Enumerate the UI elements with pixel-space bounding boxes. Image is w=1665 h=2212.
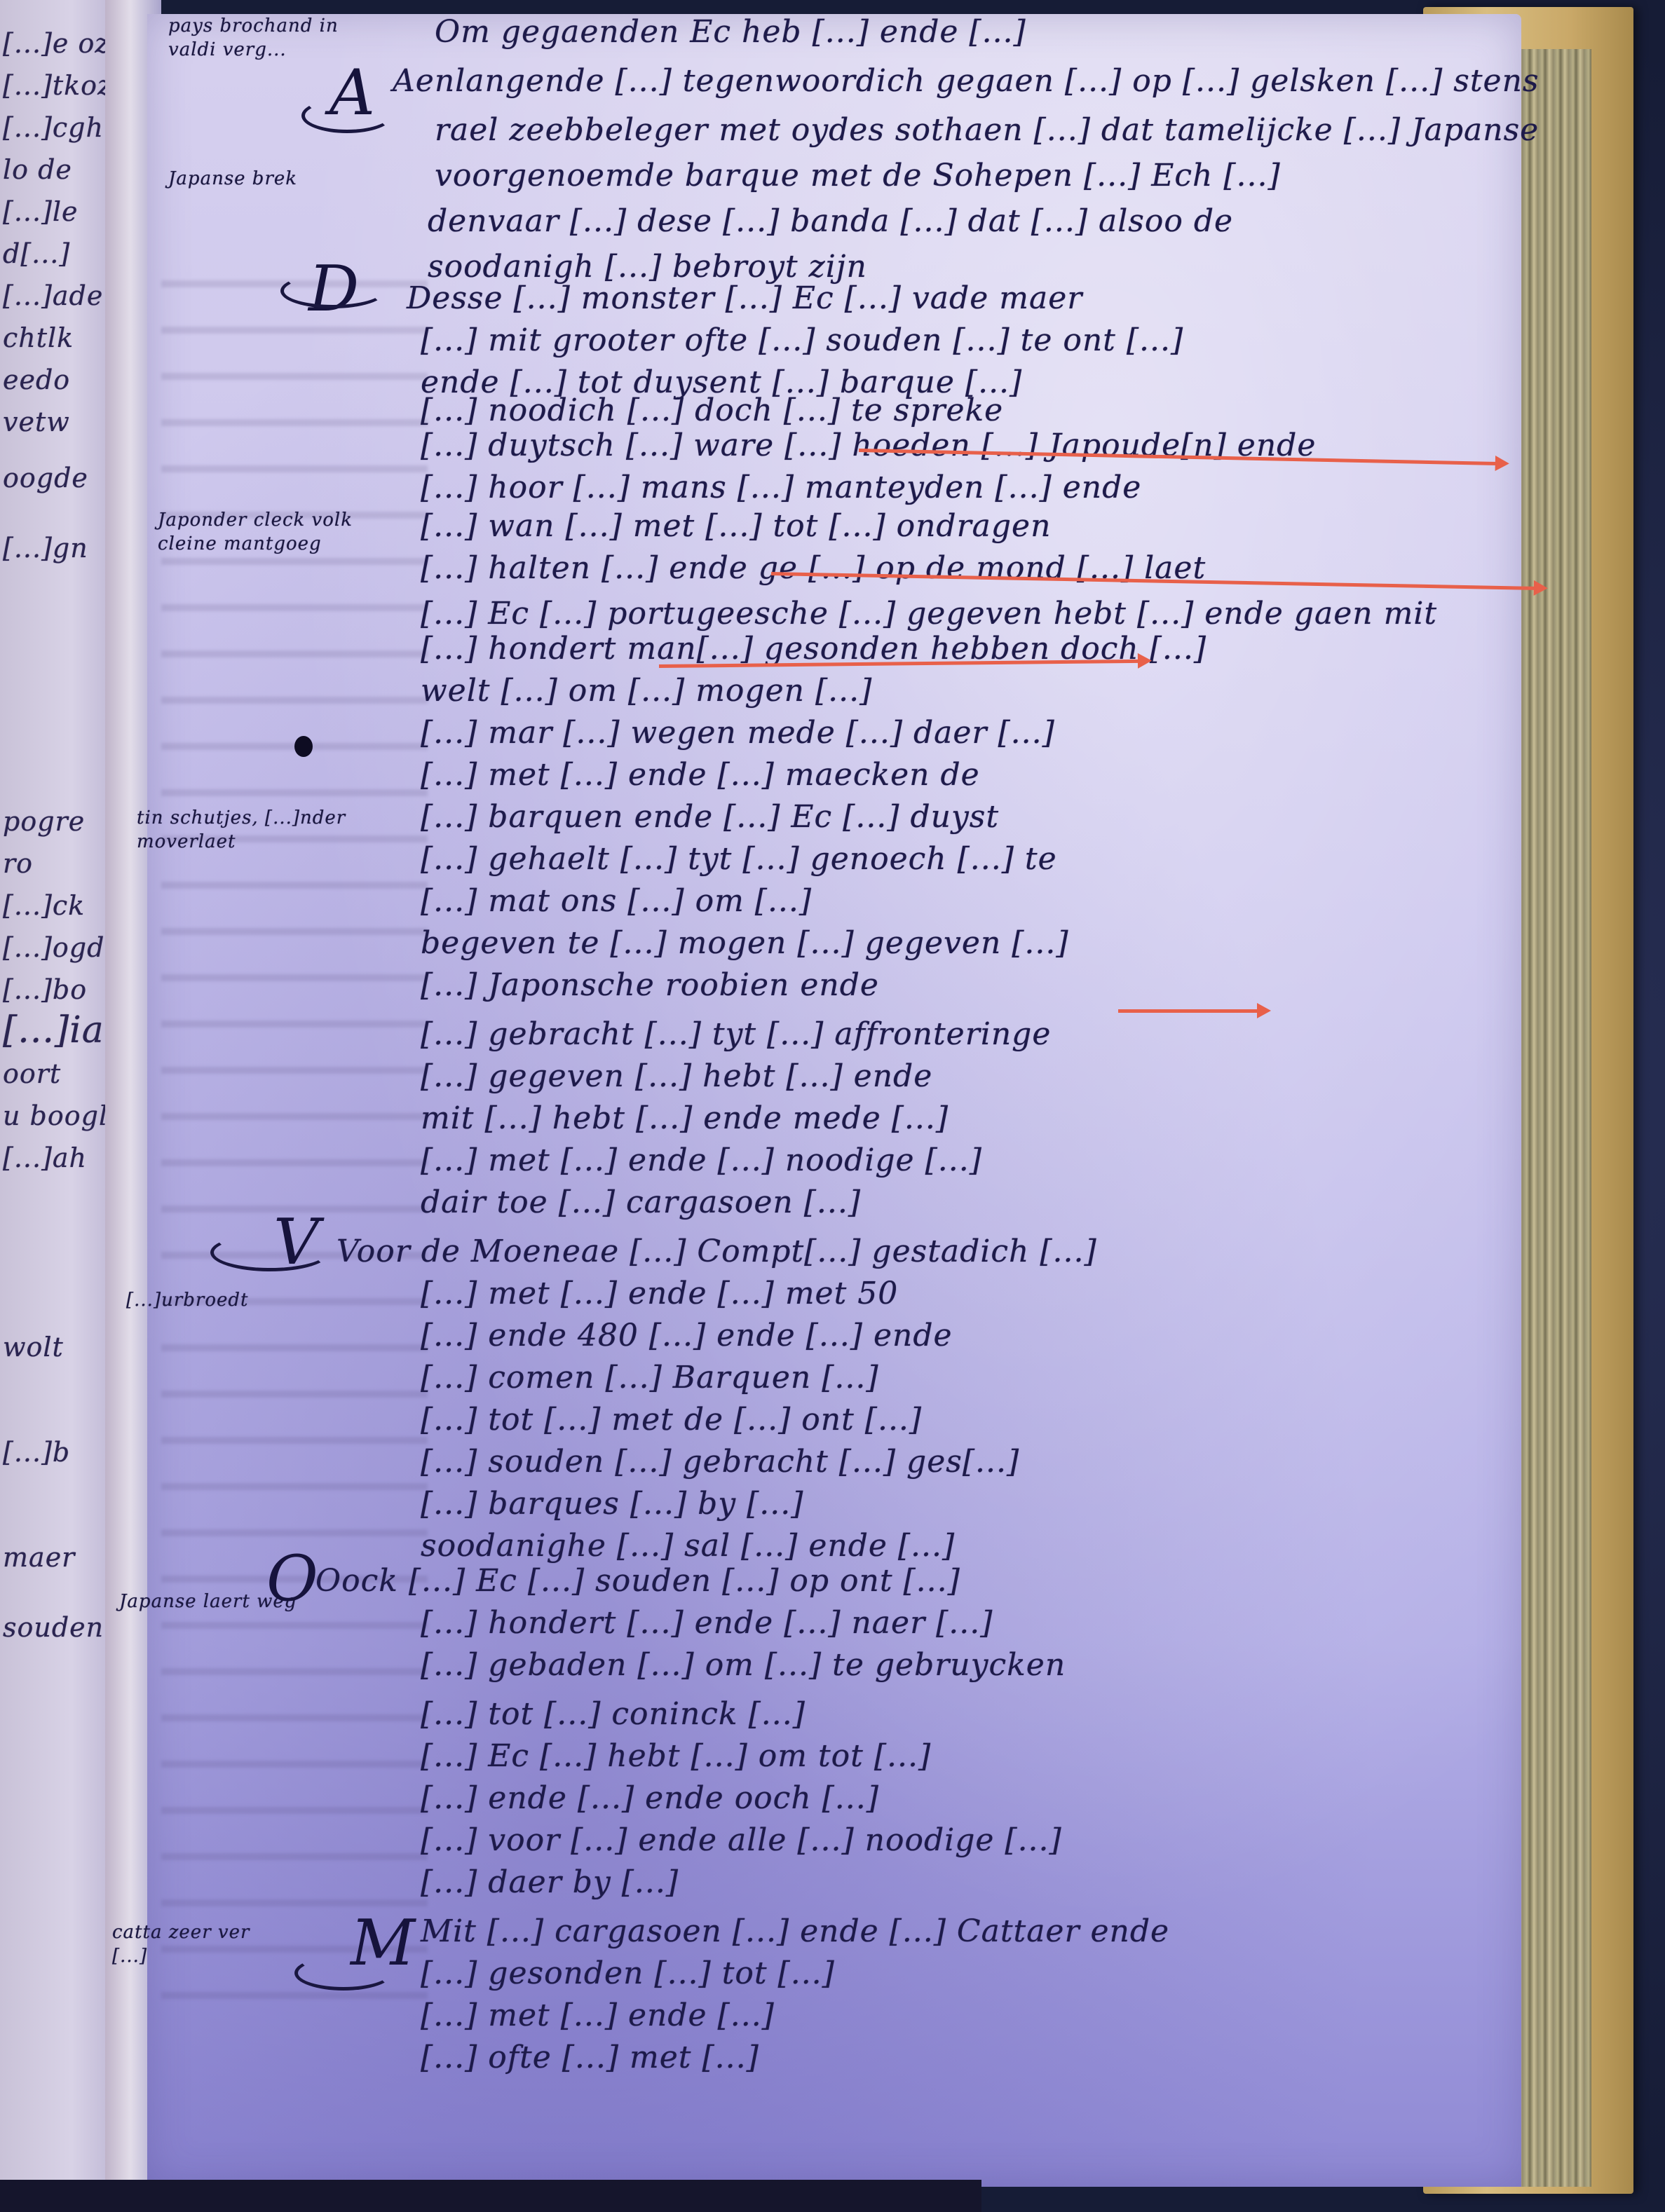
left-page-fragment: wolt xyxy=(3,1332,64,1363)
manuscript-line: [...] mit grooter ofte [...] souden [...… xyxy=(421,322,1183,358)
decorative-capital: O xyxy=(266,1542,318,1616)
left-page-fragment: souden xyxy=(3,1612,104,1643)
left-facing-page: [...]e ozd [...]tkozg [...]cgh lo de [..… xyxy=(0,0,119,2187)
manuscript-line: rael zeebbeleger met oydes sothaen [...]… xyxy=(435,112,1539,148)
left-page-fragment: [...]bo xyxy=(3,974,87,1005)
manuscript-line: [...] ofte [...] met [...] xyxy=(421,2040,759,2075)
manuscript-line: [...] souden [...] gebracht [...] ges[..… xyxy=(421,1444,1019,1480)
manuscript-line: soodanighe [...] sal [...] ende [...] xyxy=(421,1528,955,1564)
manuscript-line: [...] met [...] ende [...] met 50 xyxy=(421,1276,898,1311)
manuscript-line: Oock [...] Ec [...] souden [...] op ont … xyxy=(315,1563,960,1599)
manuscript-line: begeven te [...] mogen [...] gegeven [..… xyxy=(421,925,1069,961)
left-page-fragment: maer xyxy=(3,1542,75,1573)
manuscript-line: mit [...] hebt [...] ende mede [...] xyxy=(421,1100,949,1136)
manuscript-line: [...] comen [...] Barquen [...] xyxy=(421,1360,879,1395)
manuscript-line: [...] barquen ende [...] Ec [...] duyst xyxy=(421,799,999,835)
manuscript-line: [...] gebaden [...] om [...] te gebruyck… xyxy=(421,1647,1066,1683)
left-page-fragment: [...]le xyxy=(3,196,79,227)
red-arrow-annotation xyxy=(1118,1009,1258,1013)
left-page-fragment: [...]gn xyxy=(3,533,88,564)
manuscript-line: welt [...] om [...] mogen [...] xyxy=(421,673,872,709)
margin-note: catta zeer ver [...] xyxy=(112,1920,266,1968)
margin-note: [...]urbroedt xyxy=(126,1290,248,1311)
flourish xyxy=(301,98,393,133)
left-page-fragment: [...]ade xyxy=(3,280,103,311)
manuscript-line: soodanigh [...] bebroyt zijn xyxy=(428,249,867,285)
ink-blot xyxy=(294,736,313,757)
manuscript-line: Desse [...] monster [...] Ec [...] vade … xyxy=(407,280,1082,316)
left-page-fragment: lo de xyxy=(3,154,72,185)
manuscript-line: [...] met [...] ende [...] noodige [...] xyxy=(421,1142,982,1178)
manuscript-line: Voor de Moeneae [...] Compt[...] gestadi… xyxy=(337,1234,1097,1269)
flourish xyxy=(280,273,386,308)
manuscript-line: [...] daer by [...] xyxy=(421,1864,679,1900)
manuscript-line: [...] wan [...] met [...] tot [...] ondr… xyxy=(421,508,1051,544)
left-page-fragment: eedo xyxy=(3,364,70,395)
manuscript-line: [...] noodich [...] doch [...] te spreke xyxy=(421,392,1003,428)
flourish xyxy=(210,1234,329,1271)
manuscript-line: voorgenoemde barque met de Sohepen [...]… xyxy=(435,158,1281,193)
left-page-fragment: pogre xyxy=(3,806,85,837)
manuscript-line: [...] barques [...] by [...] xyxy=(421,1486,803,1522)
margin-note: pays brochand in valdi verg... xyxy=(168,14,365,62)
left-page-fragment: u boogl xyxy=(3,1100,108,1131)
manuscript-line: [...] hondert [...] ende [...] naer [...… xyxy=(421,1605,993,1641)
manuscript-line: [...] ende 480 [...] ende [...] ende xyxy=(421,1318,953,1353)
manuscript-line: [...] hoor [...] mans [...] manteyden [.… xyxy=(421,470,1141,505)
manuscript-line: [...] tot [...] met de [...] ont [...] xyxy=(421,1402,922,1438)
manuscript-line: Aenlangende [...] tegenwoordich gegaen [… xyxy=(393,63,1540,99)
manuscript-line: [...] met [...] ende [...] maecken de xyxy=(421,757,980,793)
manuscript-line: [...] Japonsche roobien ende xyxy=(421,967,879,1003)
left-page-fragment: [...]ck xyxy=(3,890,85,921)
margin-note: tin schutjes, [...]nder moverlaet xyxy=(137,806,347,854)
left-page-fragment: ro xyxy=(3,848,33,879)
manuscript-line: [...] gegeven [...] hebt [...] ende xyxy=(421,1058,932,1094)
left-page-fragment: vetw xyxy=(3,407,70,437)
manuscript-line: [...] Ec [...] hebt [...] om tot [...] xyxy=(421,1738,931,1774)
left-page-fragment: [...]ia xyxy=(3,1009,104,1051)
left-page-fragment: [...]cgh xyxy=(3,112,104,143)
manuscript-line: [...] ende [...] ende ooch [...] xyxy=(421,1780,879,1816)
manuscript-line: dair toe [...] cargasoen [...] xyxy=(421,1184,861,1220)
bottom-shadow xyxy=(0,2180,981,2212)
manuscript-line: [...] gebracht [...] tyt [...] affronter… xyxy=(421,1016,1051,1052)
manuscript-line: [...] met [...] ende [...] xyxy=(421,1998,775,2033)
left-page-fragment: [...]ogd xyxy=(3,932,104,963)
manuscript-line: Om gegaenden Ec heb [...] ende [...] xyxy=(435,14,1026,50)
manuscript-line: [...] gehaelt [...] tyt [...] genoech [.… xyxy=(421,841,1057,877)
left-page-fragment: d[...] xyxy=(3,238,70,269)
margin-note: Japanse brek xyxy=(168,168,297,189)
manuscript-line: Mit [...] cargasoen [...] ende [...] Cat… xyxy=(421,1913,1169,1949)
manuscript-line: [...] mar [...] wegen mede [...] daer [.… xyxy=(421,715,1055,751)
left-page-fragment: oogde xyxy=(3,463,88,493)
manuscript-line: [...] gesonden [...] tot [...] xyxy=(421,1955,835,1991)
manuscript-line: denvaar [...] dese [...] banda [...] dat… xyxy=(428,203,1233,239)
margin-note: Japonder cleck volk cleine mantgoeg xyxy=(158,508,389,556)
manuscript-line: [...] mat ons [...] om [...] xyxy=(421,883,812,919)
left-page-fragment: oort xyxy=(3,1058,61,1089)
manuscript-line: [...] Ec [...] portugeesche [...] gegeve… xyxy=(421,596,1437,631)
flourish xyxy=(294,1955,393,1991)
manuscript-line: [...] tot [...] coninck [...] xyxy=(421,1696,806,1732)
left-page-fragment: [...]b xyxy=(3,1437,70,1468)
left-page-fragment: [...]ah xyxy=(3,1142,87,1173)
left-page-fragment: chtlk xyxy=(3,322,74,353)
manuscript-line: [...] voor [...] ende alle [...] noodige… xyxy=(421,1822,1062,1858)
